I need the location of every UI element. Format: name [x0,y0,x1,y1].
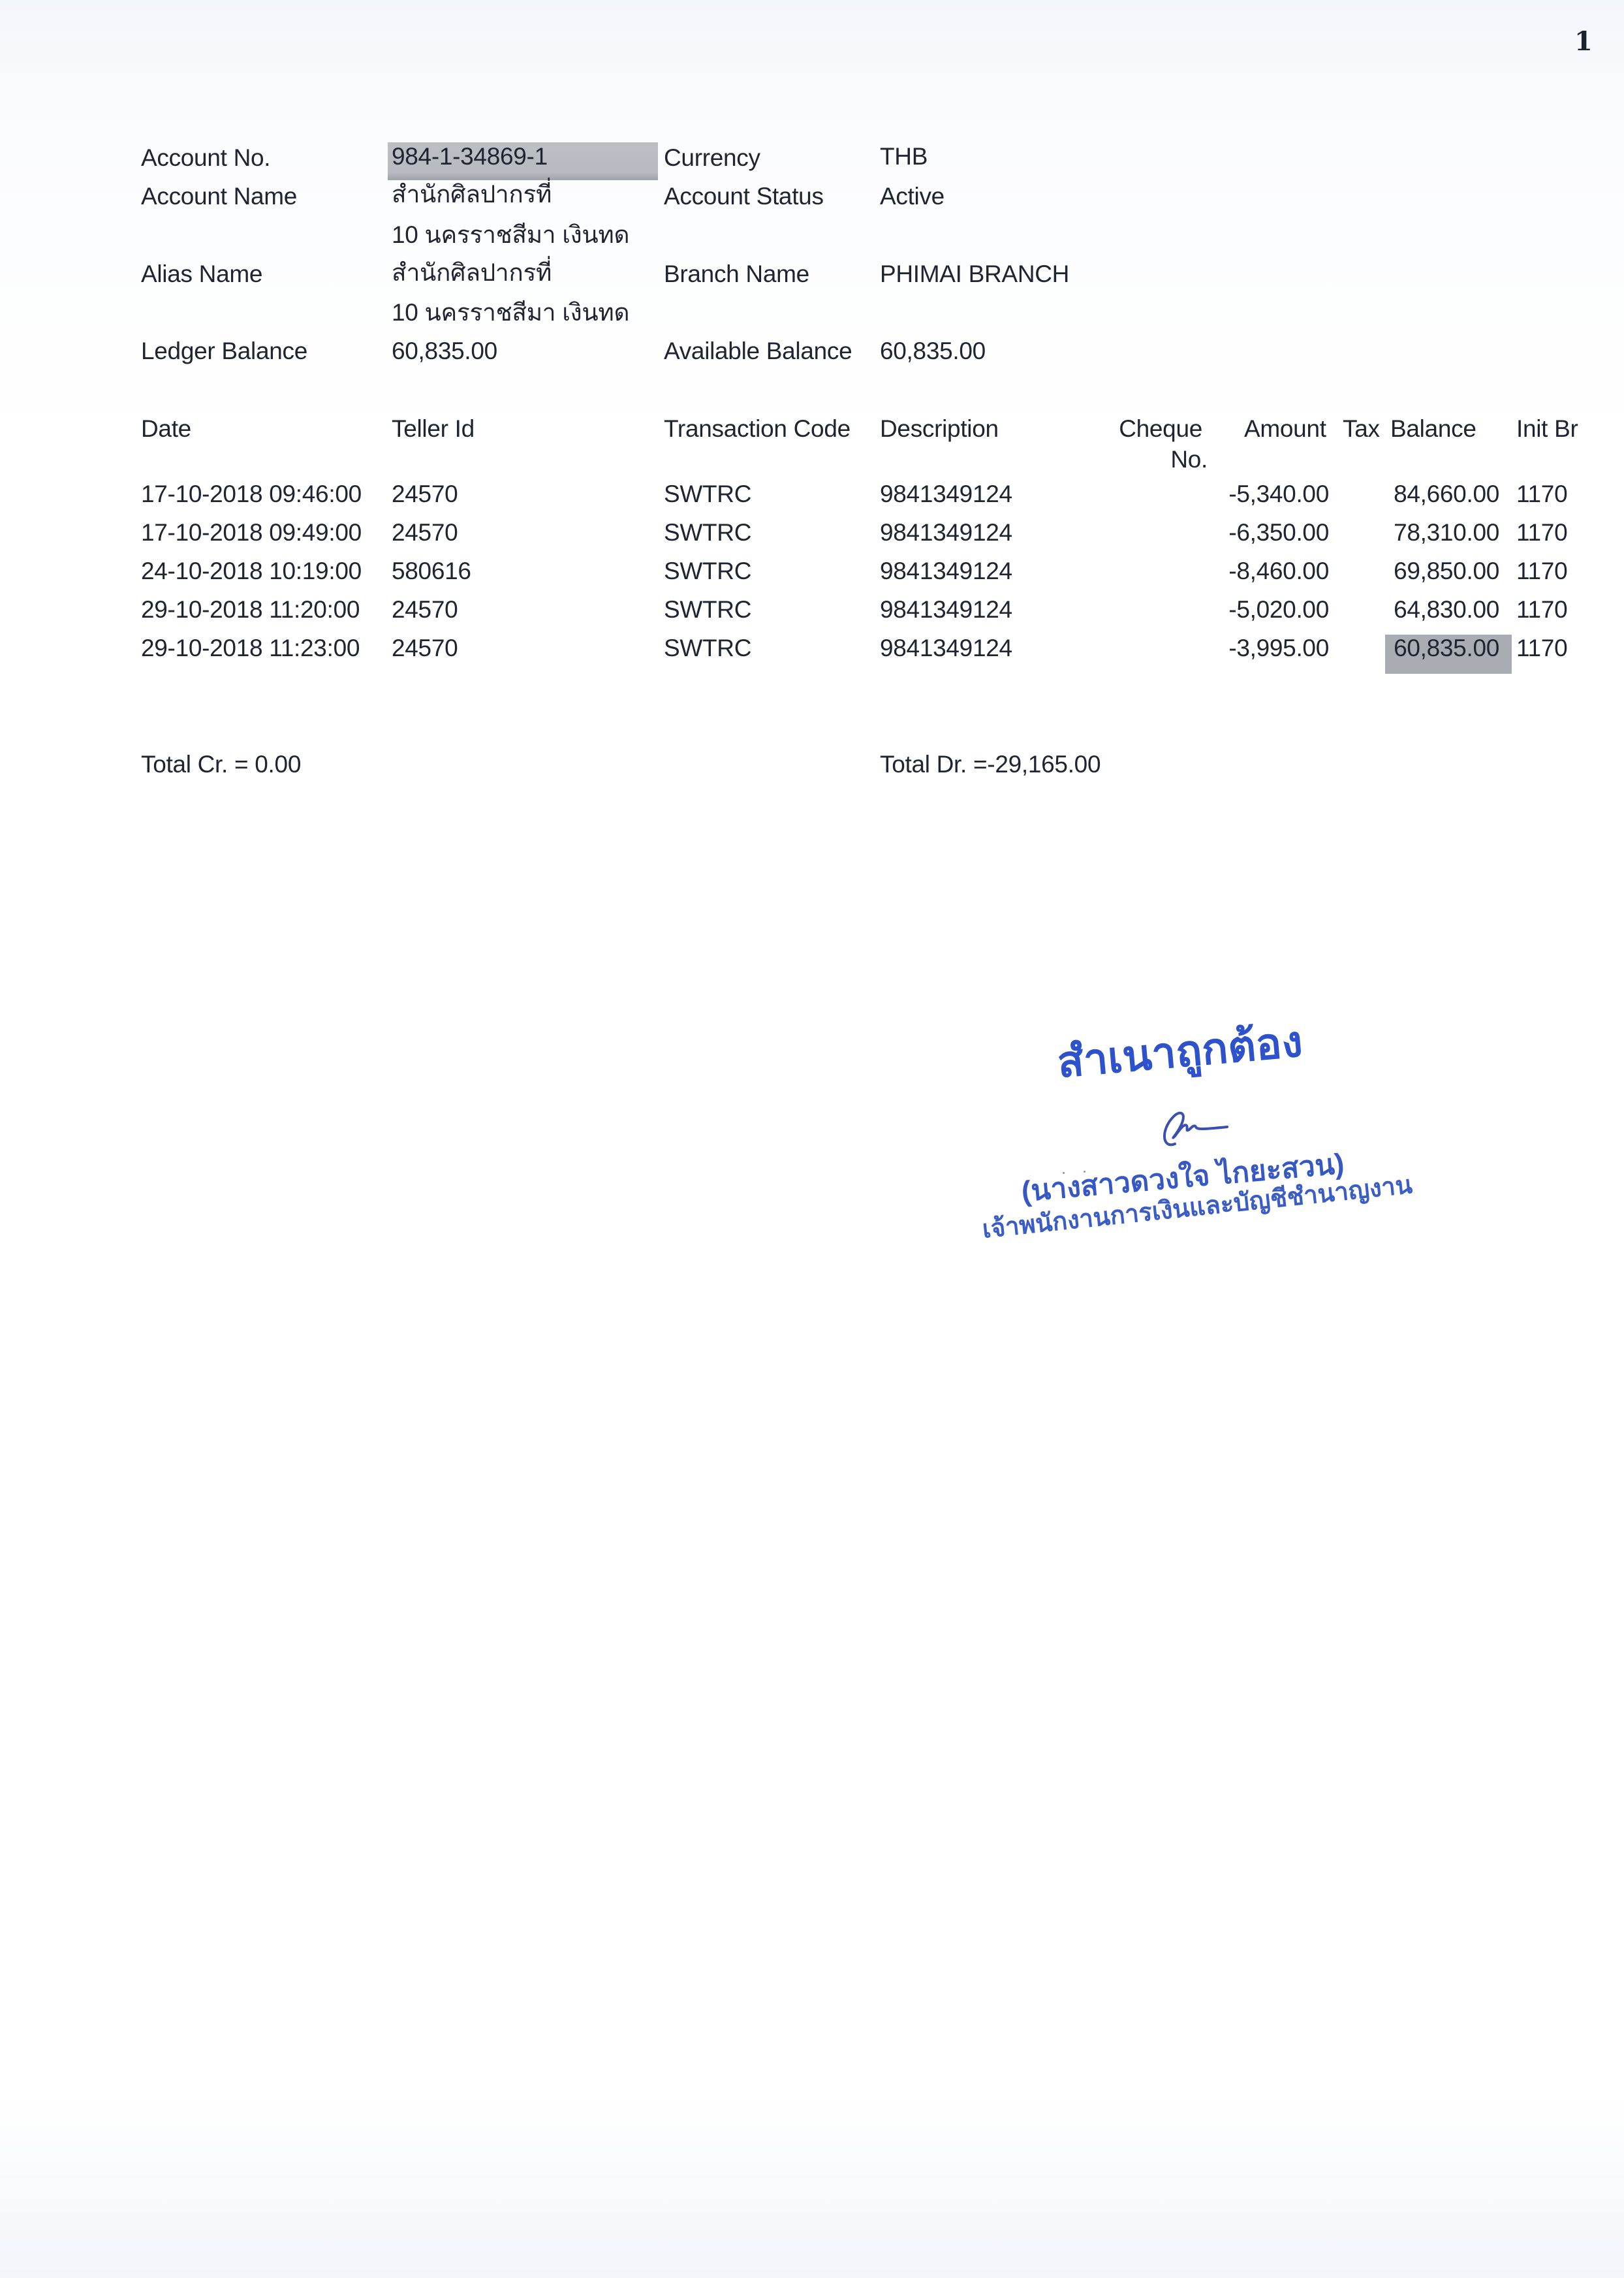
cell-amount: -3,995.00 [1185,634,1329,663]
cell-description: 9841349124 [880,595,1012,624]
header-amount: Amount [1244,415,1326,443]
cell-amount: -5,020.00 [1185,595,1329,624]
account-name-label: Account Name [141,182,297,211]
ledger-balance-value: 60,835.00 [392,337,497,366]
cell-init-br: 1170 [1516,634,1567,663]
cell-teller-id: 24570 [392,518,458,547]
cell-teller-id: 24570 [392,595,458,624]
alias-name-label: Alias Name [141,260,262,289]
header-cheque-no-line2: No. [1084,445,1208,474]
header-description: Description [880,415,999,443]
account-name-line1: สำนักศิลปากรที่ [392,180,552,209]
cell-balance: 69,850.00 [1369,557,1499,586]
header-teller-id: Teller Id [392,415,475,443]
cell-description: 9841349124 [880,480,1012,509]
cell-init-br: 1170 [1516,480,1567,509]
account-no-value: 984-1-34869-1 [392,142,548,171]
total-debit: Total Dr. =-29,165.00 [880,750,1101,779]
alias-name-line1: สำนักศิลปากรที่ [392,259,552,287]
currency-value: THB [880,142,928,171]
ledger-balance-label: Ledger Balance [141,337,307,366]
cell-init-br: 1170 [1516,557,1567,586]
cell-date: 17-10-2018 09:49:00 [141,518,362,547]
header-init-br: Init Br [1516,415,1578,443]
header-tax: Tax [1343,415,1380,443]
cell-amount: -8,460.00 [1185,557,1329,586]
total-credit: Total Cr. = 0.00 [141,750,301,779]
cell-init-br: 1170 [1516,518,1567,547]
cell-balance: 64,830.00 [1369,595,1499,624]
cell-description: 9841349124 [880,518,1012,547]
cell-balance: 78,310.00 [1369,518,1499,547]
cell-description: 9841349124 [880,634,1012,663]
header-date: Date [141,415,191,443]
cell-teller-id: 24570 [392,634,458,663]
branch-name-value: PHIMAI BRANCH [880,260,1069,289]
account-status-label: Account Status [664,182,824,211]
signature-icon [1155,1103,1234,1156]
cell-amount: -6,350.00 [1185,518,1329,547]
cell-transaction-code: SWTRC [664,557,751,586]
available-balance-label: Available Balance [664,337,852,366]
cell-date: 17-10-2018 09:46:00 [141,480,362,509]
account-name-line2: 10 นครราชสีมา เงินทด [392,221,629,249]
cell-amount: -5,340.00 [1185,480,1329,509]
currency-label: Currency [664,144,760,172]
cell-teller-id: 24570 [392,480,458,509]
header-balance: Balance [1390,415,1476,443]
account-no-label: Account No. [141,144,270,172]
cell-date: 24-10-2018 10:19:00 [141,557,362,586]
cell-transaction-code: SWTRC [664,518,751,547]
account-status-value: Active [880,182,945,211]
cell-date: 29-10-2018 11:23:00 [141,634,360,663]
page-number: 1 [1574,26,1593,57]
cell-transaction-code: SWTRC [664,480,751,509]
cell-teller-id: 580616 [392,557,471,586]
alias-name-line2: 10 นครราชสีมา เงินทด [392,298,629,327]
cell-init-br: 1170 [1516,595,1567,624]
cell-description: 9841349124 [880,557,1012,586]
header-transaction-code: Transaction Code [664,415,851,443]
available-balance-value: 60,835.00 [880,337,986,366]
cell-balance: 84,660.00 [1369,480,1499,509]
cell-transaction-code: SWTRC [664,595,751,624]
certified-copy-text: สำเนาถูกต้อง [1054,1007,1305,1096]
branch-name-label: Branch Name [664,260,809,289]
header-cheque-no: Cheque [1084,415,1202,443]
cell-balance: 60,835.00 [1369,634,1499,663]
cell-date: 29-10-2018 11:20:00 [141,595,360,624]
cell-transaction-code: SWTRC [664,634,751,663]
